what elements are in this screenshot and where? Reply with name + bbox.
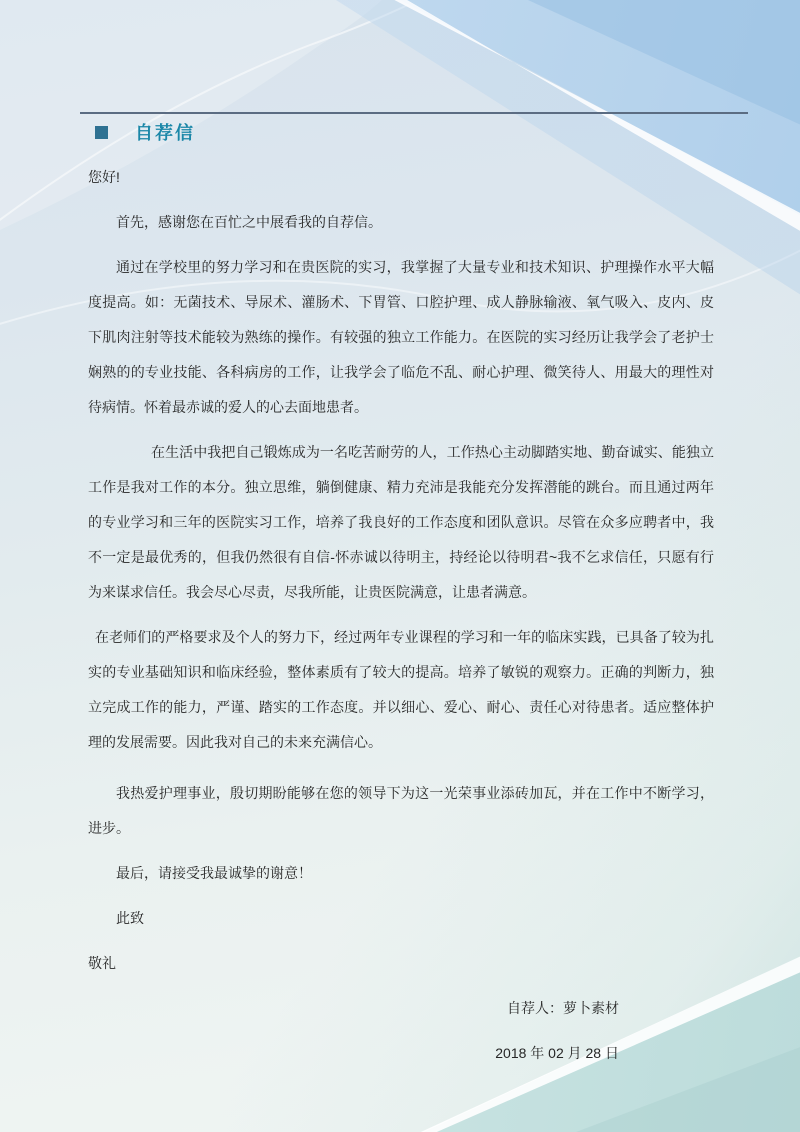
- paragraph-intro: 首先，感谢您在百忙之中展看我的自荐信。: [88, 205, 714, 240]
- signature-block: 自荐人：萝卜素材 2018 年 02 月 28 日: [88, 991, 714, 1071]
- signature-date: 2018 年 02 月 28 日: [88, 1036, 619, 1071]
- closing-jingli: 敬礼: [88, 946, 714, 981]
- letter-body: 您好! 首先，感谢您在百忙之中展看我的自荐信。 通过在学校里的努力学习和在贵医院…: [88, 160, 714, 1071]
- square-bullet-icon: [95, 126, 108, 139]
- paragraph-thanks: 最后，请接受我最诚挚的谢意！: [88, 856, 714, 891]
- paragraph-training: 在老师们的严格要求及个人的努力下，经过两年专业课程的学习和一年的临床实践，已具备…: [88, 620, 714, 760]
- salutation: 您好!: [88, 160, 714, 195]
- paragraph-aspiration: 我热爱护理事业，殷切期盼能够在您的领导下为这一光荣事业添砖加瓦，并在工作中不断学…: [88, 776, 714, 846]
- closing-cizhi: 此致: [88, 901, 714, 936]
- page-title: 自荐信: [135, 119, 195, 145]
- signature-signer: 自荐人：萝卜素材: [88, 991, 619, 1026]
- paragraph-skills: 通过在学校里的努力学习和在贵医院的实习，我掌握了大量专业和技术知识、护理操作水平…: [88, 250, 714, 425]
- header-rule-line: [80, 112, 748, 114]
- title-row: 自荐信: [95, 119, 195, 145]
- paragraph-character: 在生活中我把自己锻炼成为一名吃苦耐劳的人，工作热心主动脚踏实地、勤奋诚实、能独立…: [88, 435, 714, 610]
